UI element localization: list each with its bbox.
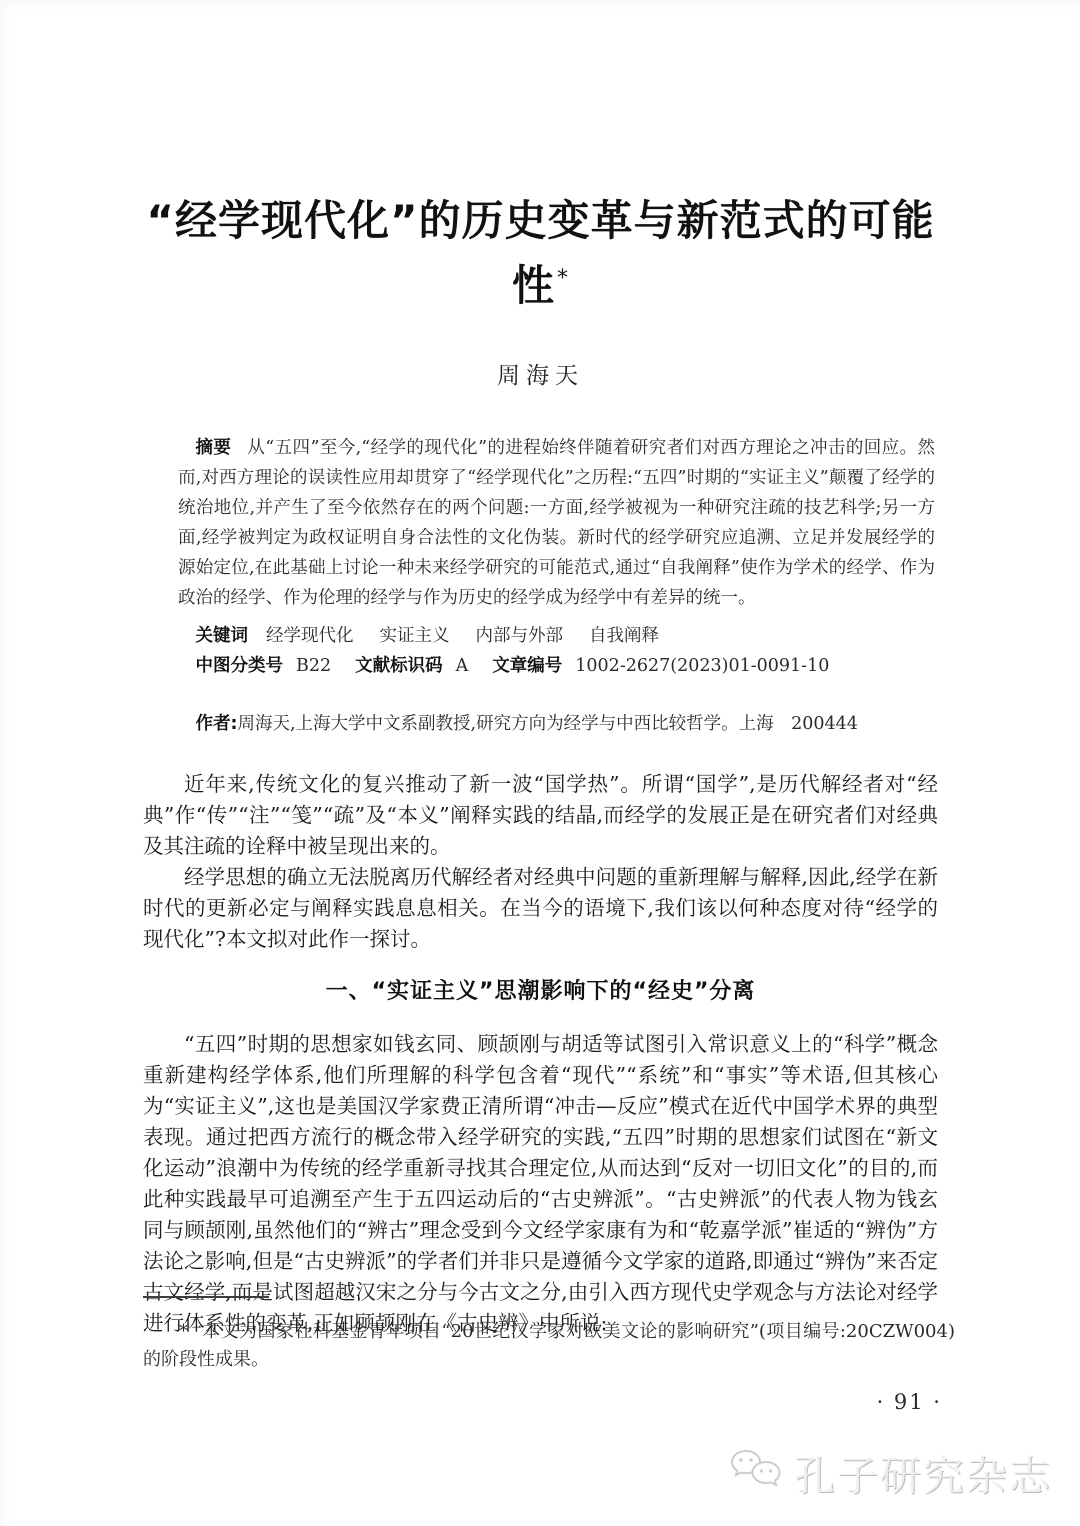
wechat-icon [730,1448,784,1498]
keywords-label: 关键词 [196,626,249,646]
doc-code-label: 文献标识码 [355,656,443,676]
clc-label: 中图分类号 [196,656,284,676]
footnote-area: *本文为国家社科基金青年项目“20世纪汉学家对欧美文论的影响研究”(项目编号:2… [143,1296,943,1374]
author-info-line: 作者:周海天,上海大学中文系副教授,研究方向为经学与中西比较哲学。上海 2004… [178,709,935,739]
abstract-label: 摘要 [196,438,232,458]
footnote-text-line: *本文为国家社科基金青年项目“20世纪汉学家对欧美文论的影响研究”(项目编号:2… [143,1318,955,1374]
classification-line: 中图分类号B22文献标识码A文章编号1002-2627(2023)01-0091… [178,651,935,681]
keyword-item: 经学现代化 [266,626,354,646]
page-number: · 91 · [877,1390,942,1414]
page-content: “经学现代化”的历史变革与新范式的可能性* 周海天 摘要从“五四”至今,“经学的… [0,192,1080,1339]
watermark-journal-name: 孔子研究杂志 [794,1443,1052,1502]
body-paragraph-2: 经学思想的确立无法脱离历代解经者对经典中问题的重新理解与解释,因此,经学在新时代… [143,862,938,955]
keyword-item: 实证主义 [380,626,450,646]
article-title: “经学现代化”的历史变革与新范式的可能性* [143,192,938,315]
title-footnote-marker: * [557,266,569,291]
keyword-item: 自我阐释 [589,626,659,646]
footnote-text: 本文为国家社科基金青年项目“20世纪汉学家对欧美文论的影响研究”(项目编号:20… [143,1321,955,1370]
section-1-heading: 一、“实证主义”思潮影响下的“经史”分离 [143,977,938,1007]
author-name: 周海天 [143,361,938,391]
abstract-text: 从“五四”至今,“经学的现代化”的进程始终伴随着研究者们对西方理论之冲击的回应。… [178,438,935,608]
article-title-text: “经学现代化”的历史变革与新范式的可能性 [146,196,934,310]
author-info-label: 作者: [196,714,238,734]
doc-code-value: A [456,656,469,676]
clc-value: B22 [296,656,331,676]
section-1-paragraph-1: “五四”时期的思想家如钱玄同、顾颉刚与胡适等试图引入常识意义上的“科学”概念重新… [143,1029,938,1339]
body-paragraph-1: 近年来,传统文化的复兴推动了新一波“国学热”。所谓“国学”,是历代解经者对“经典… [143,769,938,862]
journal-page: “经学现代化”的历史变革与新范式的可能性* 周海天 摘要从“五四”至今,“经学的… [0,0,1080,1526]
footnote-marker: * [179,1321,188,1342]
article-id-value: 1002-2627(2023)01-0091-10 [575,656,829,676]
footnote-divider [143,1296,269,1298]
abstract-block: 摘要从“五四”至今,“经学的现代化”的进程始终伴随着研究者们对西方理论之冲击的回… [178,433,935,681]
keyword-item: 内部与外部 [476,626,564,646]
author-info-text: 周海天,上海大学中文系副教授,研究方向为经学与中西比较哲学。上海 200444 [238,714,858,734]
abstract-paragraph: 摘要从“五四”至今,“经学的现代化”的进程始终伴随着研究者们对西方理论之冲击的回… [178,433,935,613]
article-id-label: 文章编号 [492,656,562,676]
journal-watermark: 孔子研究杂志 [730,1443,1052,1502]
keywords-line: 关键词经学现代化实证主义内部与外部自我阐释 [178,621,935,651]
